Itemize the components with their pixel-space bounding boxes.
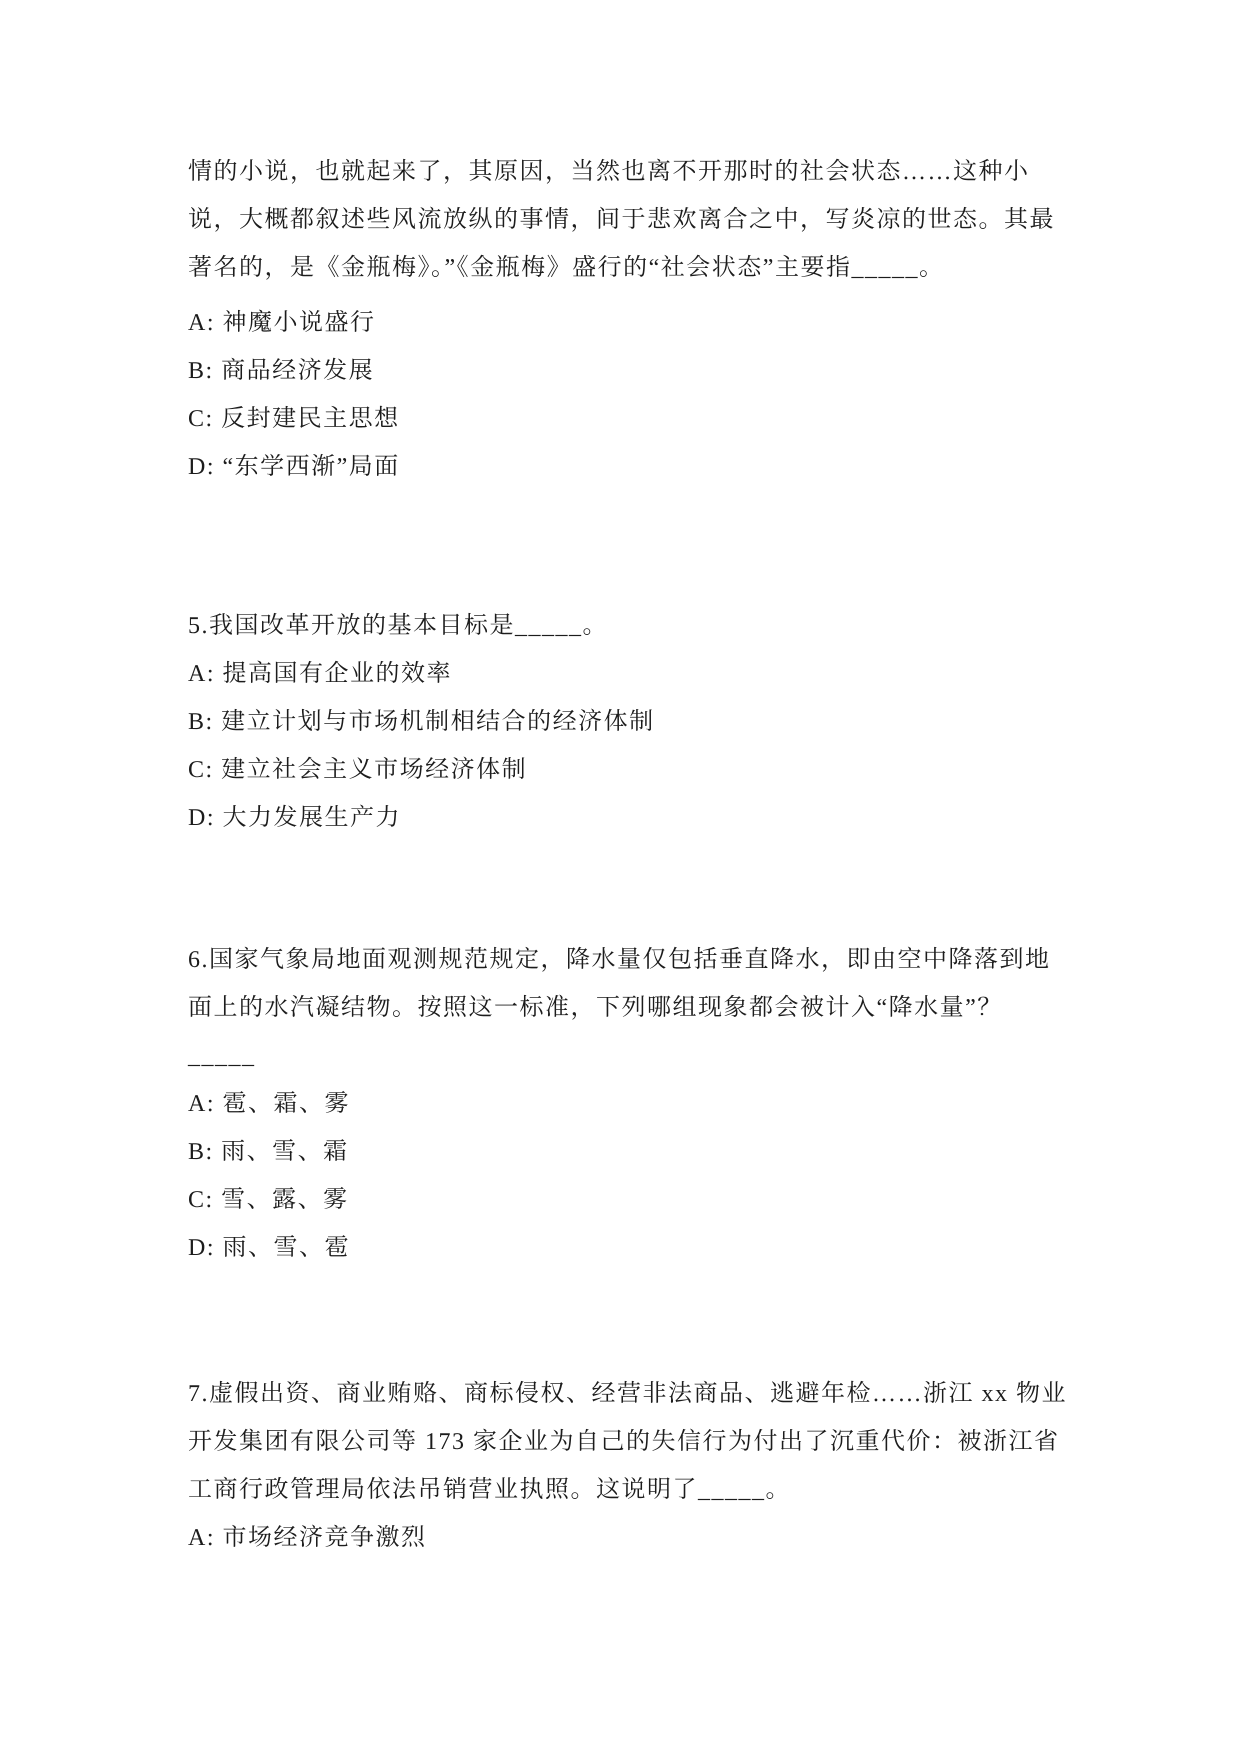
option-c: C: 反封建民主思想 (188, 395, 1123, 443)
option-b: B: 商品经济发展 (188, 347, 1123, 395)
option-a: A: 雹、霜、雾 (188, 1080, 1123, 1128)
question-7: 7.虚假出资、商业贿赂、商标侵权、经营非法商品、逃避年检……浙江 xx 物业 开… (188, 1370, 1123, 1562)
exam-page: 情的小说，也就起来了，其原因，当然也离不开那时的社会状态……这种小 说，大概都叙… (0, 0, 1240, 1753)
question-7-stem: 7.虚假出资、商业贿赂、商标侵权、经营非法商品、逃避年检……浙江 xx 物业 开… (188, 1370, 1123, 1514)
stem-line: 5.我国改革开放的基本目标是_____。 (188, 602, 1123, 650)
option-d: D: 大力发展生产力 (188, 794, 1123, 842)
question-7-options: A: 市场经济竞争激烈 (188, 1514, 1123, 1562)
option-a: A: 提高国有企业的效率 (188, 650, 1123, 698)
question-4-options: A: 神魔小说盛行 B: 商品经济发展 C: 反封建民主思想 D: “东学西渐”… (188, 299, 1123, 491)
stem-line: 情的小说，也就起来了，其原因，当然也离不开那时的社会状态……这种小 (188, 148, 1123, 196)
option-c: C: 雪、露、雾 (188, 1176, 1123, 1224)
stem-line: 面上的水汽凝结物。按照这一标准，下列哪组现象都会被计入“降水量”？ (188, 984, 1123, 1032)
stem-line: 开发集团有限公司等 173 家企业为自己的失信行为付出了沉重代价：被浙江省 (188, 1418, 1123, 1466)
question-5-options: A: 提高国有企业的效率 B: 建立计划与市场机制相结合的经济体制 C: 建立社… (188, 650, 1123, 842)
question-4-stem: 情的小说，也就起来了，其原因，当然也离不开那时的社会状态……这种小 说，大概都叙… (188, 148, 1123, 292)
option-a: A: 市场经济竞争激烈 (188, 1514, 1123, 1562)
page-content: 情的小说，也就起来了，其原因，当然也离不开那时的社会状态……这种小 说，大概都叙… (188, 148, 1123, 1562)
question-5-stem: 5.我国改革开放的基本目标是_____。 (188, 602, 1123, 650)
stem-blank-line: _____ (188, 1032, 1123, 1080)
stem-line: 工商行政管理局依法吊销营业执照。这说明了_____。 (188, 1466, 1123, 1514)
stem-line: 说，大概都叙述些风流放纵的事情，间于悲欢离合之中，写炎凉的世态。其最 (188, 196, 1123, 244)
option-d: D: “东学西渐”局面 (188, 443, 1123, 491)
option-c: C: 建立社会主义市场经济体制 (188, 746, 1123, 794)
option-b: B: 雨、雪、霜 (188, 1128, 1123, 1176)
stem-line: 6.国家气象局地面观测规范规定，降水量仅包括垂直降水，即由空中降落到地 (188, 936, 1123, 984)
question-6-options: A: 雹、霜、雾 B: 雨、雪、霜 C: 雪、露、雾 D: 雨、雪、雹 (188, 1080, 1123, 1272)
stem-line: 著名的，是《金瓶梅》。”《金瓶梅》盛行的“社会状态”主要指_____。 (188, 244, 1123, 292)
option-a: A: 神魔小说盛行 (188, 299, 1123, 347)
stem-line: 7.虚假出资、商业贿赂、商标侵权、经营非法商品、逃避年检……浙江 xx 物业 (188, 1370, 1123, 1418)
option-d: D: 雨、雪、雹 (188, 1224, 1123, 1272)
question-5: 5.我国改革开放的基本目标是_____。 A: 提高国有企业的效率 B: 建立计… (188, 602, 1123, 842)
option-b: B: 建立计划与市场机制相结合的经济体制 (188, 698, 1123, 746)
question-6: 6.国家气象局地面观测规范规定，降水量仅包括垂直降水，即由空中降落到地 面上的水… (188, 936, 1123, 1272)
question-4-continuation: 情的小说，也就起来了，其原因，当然也离不开那时的社会状态……这种小 说，大概都叙… (188, 148, 1123, 491)
question-6-stem: 6.国家气象局地面观测规范规定，降水量仅包括垂直降水，即由空中降落到地 面上的水… (188, 936, 1123, 1080)
